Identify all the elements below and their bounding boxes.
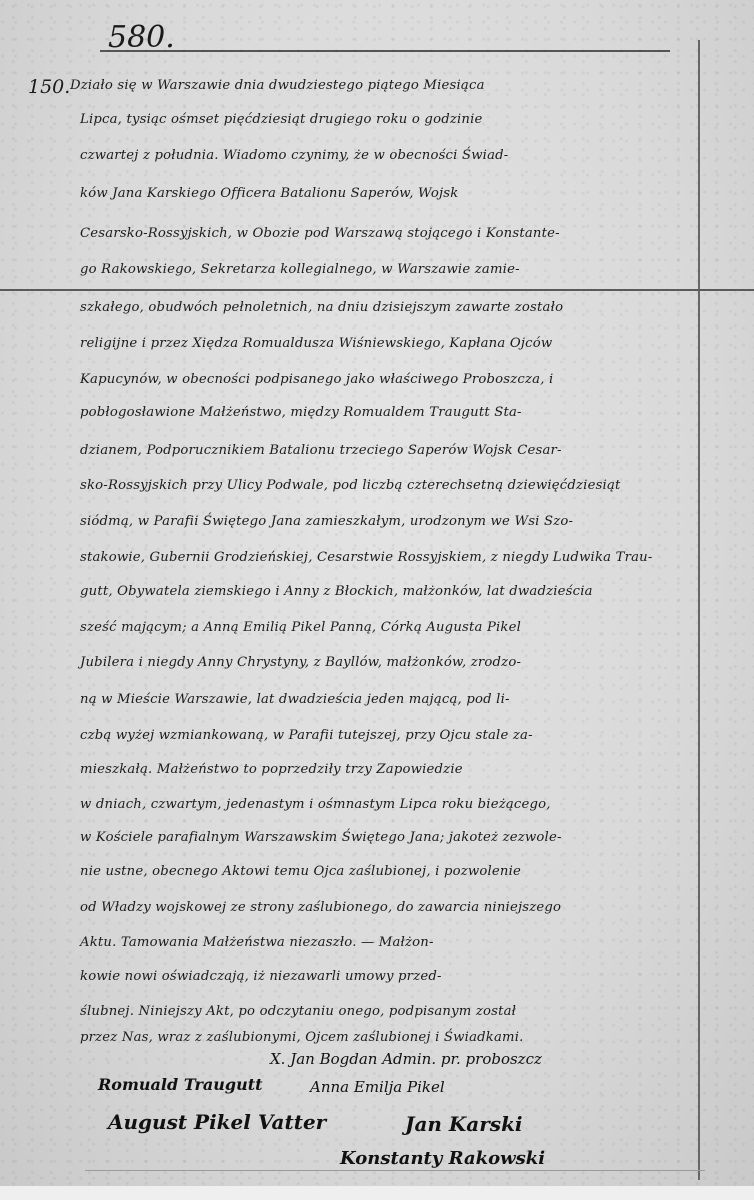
text-line: mieszkałą. Małżeństwo to poprzedziły trz… — [80, 762, 700, 777]
entry-number: 150. — [28, 76, 70, 98]
text-line: szkałego, obudwóch pełnoletnich, na dniu… — [80, 300, 700, 315]
signature-father: August Pikel Vatter — [108, 1110, 326, 1134]
signature-witness-rakowski: Konstanty Rakowski — [340, 1148, 545, 1169]
text-line: kowie nowi oświadczają, iż niezawarli um… — [80, 969, 700, 984]
text-line: ślubnej. Niniejszy Akt, po odczytaniu on… — [80, 1004, 700, 1019]
signature-priest: X. Jan Bogdan Admin. pr. proboszcz — [270, 1050, 542, 1068]
text-line: od Władzy wojskowej ze strony zaślubione… — [80, 900, 700, 915]
text-line: Lipca, tysiąc ośmset pięćdziesiąt drugie… — [80, 112, 700, 127]
text-line: religijne i przez Xiędza Romualdusza Wiś… — [80, 336, 700, 351]
text-line: w Kościele parafialnym Warszawskim Święt… — [80, 830, 700, 845]
horizontal-rule — [0, 289, 754, 291]
text-line: dzianem, Podporucznikiem Batalionu trzec… — [80, 443, 700, 458]
text-line: pobłogosławione Małżeństwo, między Romua… — [80, 405, 700, 420]
text-line: go Rakowskiego, Sekretarza kollegialnego… — [80, 262, 700, 277]
text-line: Cesarsko-Rossyjskich, w Obozie pod Warsz… — [80, 226, 700, 241]
text-line: nie ustne, obecnego Aktowi temu Ojca zaś… — [80, 864, 700, 879]
signature-groom: Romuald Traugutt — [98, 1075, 263, 1094]
text-line: ków Jana Karskiego Officera Batalionu Sa… — [80, 186, 700, 201]
text-line: siódmą, w Parafii Świętego Jana zamieszk… — [80, 514, 700, 529]
text-line: sześć mającym; a Anną Emilią Pikel Panną… — [80, 620, 700, 635]
text-line: Działo się w Warszawie dnia dwudziestego… — [70, 78, 690, 93]
text-line: sko-Rossyjskich przy Ulicy Podwale, pod … — [80, 478, 700, 493]
text-line: Jubilera i niegdy Anny Chrystyny, z Bayl… — [80, 655, 700, 670]
bottom-rule — [85, 1170, 705, 1171]
text-line: czbą wyżej wzmiankowaną, w Parafii tutej… — [80, 728, 700, 743]
text-line: przez Nas, wraz z zaślubionymi, Ojcem za… — [80, 1030, 700, 1045]
text-line: Kapucynów, w obecności podpisanego jako … — [80, 372, 700, 387]
folio-underline — [100, 50, 670, 52]
text-line: czwartej z południa. Wiadomo czynimy, że… — [80, 148, 700, 163]
document-page: 580. 150. Działo się w Warszawie dnia dw… — [0, 0, 754, 1186]
text-line: w dniach, czwartym, jedenastym i ośmnast… — [80, 797, 700, 812]
text-line: ną w Mieście Warszawie, lat dwadzieścia … — [80, 692, 700, 707]
text-line: stakowie, Gubernii Grodzieńskiej, Cesars… — [80, 550, 700, 565]
signature-bride: Anna Emilja Pikel — [310, 1078, 445, 1096]
text-line: gutt, Obywatela ziemskiego i Anny z Błoc… — [80, 584, 700, 599]
text-line: Aktu. Tamowania Małżeństwa niezaszło. — … — [80, 935, 700, 950]
signature-witness-karski: Jan Karski — [405, 1112, 523, 1136]
